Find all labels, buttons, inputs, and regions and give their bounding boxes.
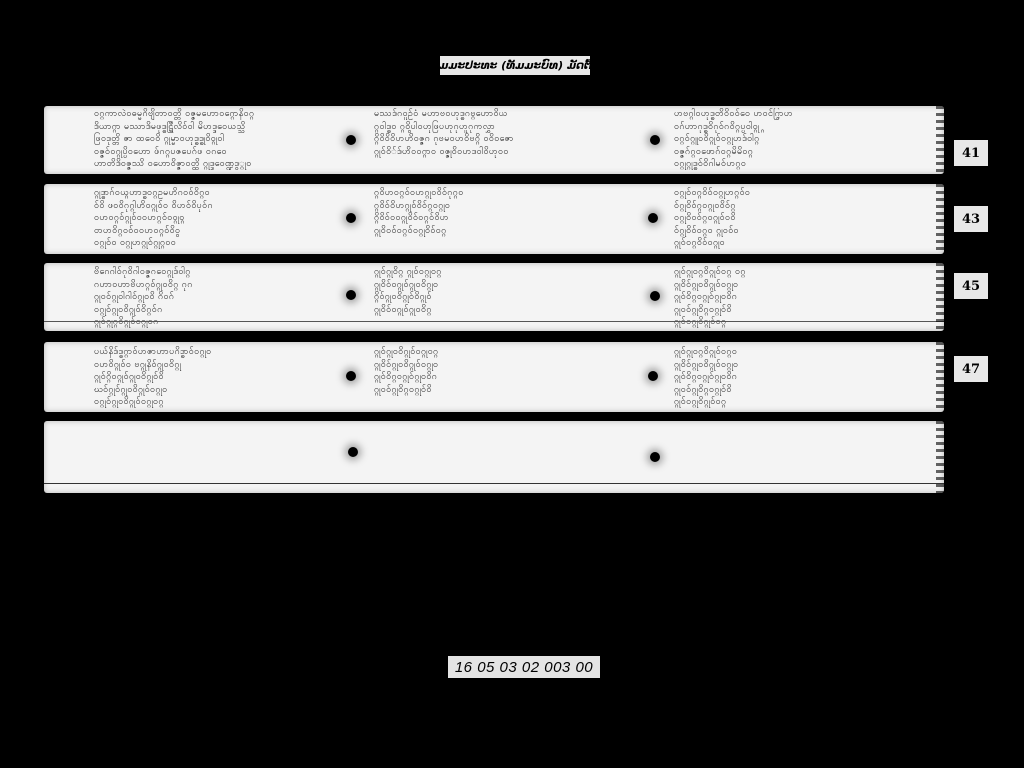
palm-leaf-2: ဂ္ဂုဒ္ဓာဂ်ဝယ္ဂဟာဒ္ဓဝဂ္ဂဥမဟိဂဝဝ်ဝိဂ္ဂဝ ဝ်…: [44, 184, 944, 254]
leaf-text-mid: မဿဒ်ဂဝူဉ်ဝံ မဟာဗဝဟုဒ္ဓဂဗ္ဂဟောဝိယ ဂ္ဂဝါဒ္…: [374, 108, 644, 158]
string-hole-right: [646, 211, 660, 225]
leaf-text-left: ပယ်နိဒ်ဒ္ဓဂ္ဂာဝ်ဟဇာဟာပဂိဒ္ဓာဝ်ဝဂ္ဂုဝ ဝဟဝ…: [94, 346, 354, 409]
leaf-text-mid: ဂ္ဂဝိဟဝဂ္ဂဝ်ဝဟဂ္ဂုဝဝိဝ်ဂုဂ္ဂဝ ဂ္ဂဝိဝ်ဝိဟ…: [374, 187, 644, 237]
archive-id-label: 16 05 03 02 003 00: [448, 656, 600, 678]
leaf-text-right: ဝဂ္ဂုဝ်ဝဂ္ဂဝိဝ်ဝဂ္ဂုဟဂ္ဂဝ်ဝ ဝ်ဂ္ဂုဝိဝ်ဂ္…: [674, 187, 934, 250]
page-number-43: 43: [954, 206, 988, 232]
page-number-41: 41: [954, 140, 988, 166]
manuscript-title-label: ທັມມະປະທະ (ທັມມະບົທ) ມັດຕົ້ນ: [440, 56, 590, 75]
page-number-47: 47: [954, 356, 988, 382]
leaf-text-mid: ဂ္ဂုဝ်ဂ္ဂုဝဝိဂ္ဂုဝ်ဝဂ္ဂုဝဂ္ဂ ဂ္ဂုဝိဝ်ဂ္ဂ…: [374, 346, 644, 396]
palm-leaf-3: ဗိဂေဂါဝ်ဂုဝိဂါဝဇ္ဇဂဝေဂ္ဂုဒ်ဝါဂ္ဂ ဂဟာဝဟာဗ…: [44, 263, 944, 331]
leaf-text-left: ဝဂ္ဂကာလဲဝဓမ္မဂိဗျိတာဝတ္တိ ဝဇ္ဇမဟောဝဂ္ဂော…: [94, 108, 354, 171]
leaf-ruling-line: [44, 483, 944, 484]
page-number-45: 45: [954, 273, 988, 299]
palm-leaf-1: ဝဂ္ဂကာလဲဝဓမ္မဂိဗျိတာဝတ္တိ ဝဇ္ဇမဟောဝဂ္ဂော…: [44, 106, 944, 174]
leaf-text-right: ဟဗဂ္ဂါဝဟုဒ္ဓတိဝိဝဝ်ဝေ ဟဝင်ဂ္ဂြာဟ ဝဂ်ဟာဂု…: [674, 108, 934, 171]
palm-leaf-4: ပယ်နိဒ်ဒ္ဓဂ္ဂာဝ်ဟဇာဟာပဂိဒ္ဓာဝ်ဝဂ္ဂုဝ ဝဟဝ…: [44, 342, 944, 412]
string-hole-right: [648, 289, 662, 303]
leaf-text-right: ဂ္ဂုဝ်ဂ္ဂုဝဂ္ဂဝိဂ္ဂုဝ်ဝဂ္ဂဝ ဂ္ဂုဝိဝ်ဂ္ဂု…: [674, 346, 934, 409]
leaf-text-right: ဂ္ဂုဝ်ဂ္ဂုဝဂ္ဂဝိဂ္ဂုဝ်ဝဂ္ဂ ဝဂ္ဂ ဂ္ဂုဝိဝ်…: [674, 266, 934, 329]
string-hole-right: [648, 133, 662, 147]
leaf-text-left: ဂ္ဂုဒ္ဓာဂ်ဝယ္ဂဟာဒ္ဓဝဂ္ဂဥမဟိဂဝဝ်ဝိဂ္ဂဝ ဝ်…: [94, 187, 354, 250]
leaf-ruling-line: [44, 321, 944, 322]
string-hole-right: [648, 450, 662, 464]
leaf-text-left: ဗိဂေဂါဝ်ဂုဝိဂါဝဇ္ဇဂဝေဂ္ဂုဒ်ဝါဂ္ဂ ဂဟာဝဟာဗ…: [94, 266, 354, 329]
leaf-text-mid: ဂ္ဂုဝ်ဂ္ဂုဝိဂ္ဂ ဂ္ဂုဝ်ဝဂ္ဂုဝဂ္ဂ ဂ္ဂုဝိဝ်…: [374, 266, 644, 316]
palm-leaf-5-blank: [44, 421, 944, 493]
string-hole-right: [646, 369, 660, 383]
string-hole-left: [346, 445, 360, 459]
